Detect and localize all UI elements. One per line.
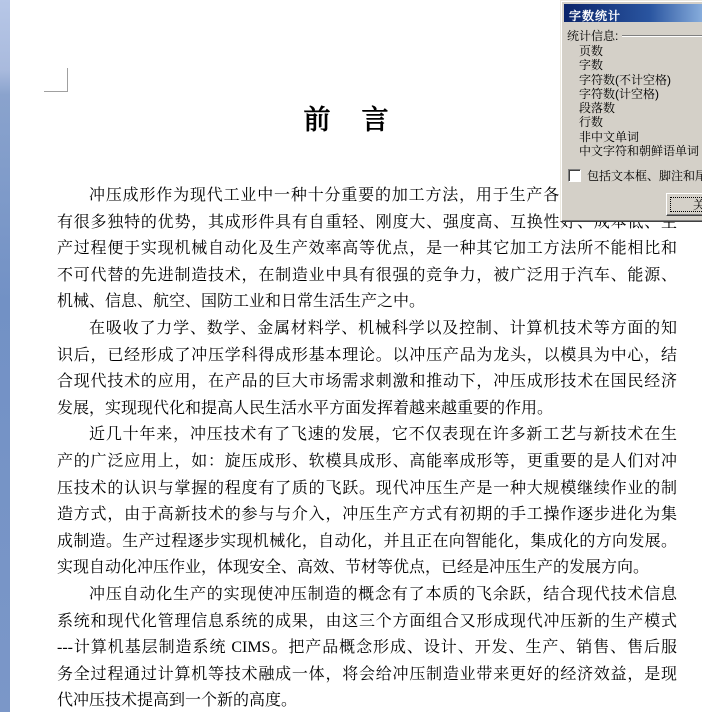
text-line: 系统和现代化管理信息系统的成果，由这三个方面组合又形成现代冲压新的生产模式: [57, 609, 677, 636]
document-body[interactable]: 冲压成形作为现代工业中一种十分重要的加工方法，用于生产各种板料零件，它 有很多独…: [57, 183, 677, 712]
checkbox-label: 包括文本框、脚注和尾注: [587, 167, 702, 184]
text-line: 在吸收了力学、数学、金属材料学、机械科学以及控制、计算机技术等方面的知: [57, 316, 677, 343]
text-line: 产过程便于实现机械自动化及生产效率高等优点，是一种其它加工方法所不能相比和: [57, 236, 677, 263]
stat-item-nonchinese-words: 非中文单词: [579, 130, 702, 144]
stat-item-chars-nospace: 字符数(不计空格): [579, 73, 702, 87]
text-line: ---计算机基层制造系统 CIMS。把产品概念形成、设计、开发、生产、销售、售后…: [57, 635, 677, 662]
include-textboxes-footnotes-checkbox[interactable]: [568, 169, 581, 182]
stat-item-chars-space: 字符数(计空格): [579, 87, 702, 101]
close-button[interactable]: 关闭: [666, 193, 702, 216]
close-button-label: 关闭: [693, 198, 702, 212]
group-divider: [622, 35, 702, 37]
stat-item-chinese-korean-words: 中文字符和朝鲜语单词: [579, 144, 702, 158]
text-line: 实现自动化冲压作业，体现安全、高效、节材等优点，已经是冲压生产的发展方向。: [57, 555, 677, 582]
text-line: 近几十年来，冲压技术有了飞速的发展，它不仅表现在许多新工艺与新技术在生: [57, 422, 677, 449]
stat-item-lines: 行数: [579, 115, 702, 129]
text-boundary-mark: [67, 68, 68, 92]
text-line: 冲压自动化生产的实现使冲压制造的概念有了本质的飞余跃，结合现代技术信息: [57, 582, 677, 609]
word-count-dialog: 字数统计 统计信息: 页数 字数 字符数(不计空格) 字符数(计空格) 段落数 …: [560, 0, 702, 222]
text-line: 成制造。生产过程逐步实现机械化，自动化，并且正在向智能化，集成化的方向发展。: [57, 529, 677, 556]
text-line: 务全过程通过计算机等技术融成一体，将会给冲压制造业带来更好的经济效益，是现: [57, 662, 677, 689]
stat-item-paragraphs: 段落数: [579, 101, 702, 115]
text-line: 发展，实现现代化和提高人民生活水平方面发挥着越来越重要的作用。: [57, 396, 677, 423]
text-line: 不可代替的先进制造技术，在制造业中具有很强的竞争力，被广泛用于汽车、能源、: [57, 263, 677, 290]
statistics-list: 页数 字数 字符数(不计空格) 字符数(计空格) 段落数 行数 非中文单词 中文…: [579, 44, 702, 158]
stat-item-pages: 页数: [579, 44, 702, 58]
dialog-titlebar[interactable]: 字数统计: [564, 4, 702, 22]
window-background-strip: [0, 0, 10, 712]
text-line: 造方式，由于高新技术的参与与介入，冲压生产方式有初期的手工操作逐步进化为集: [57, 502, 677, 529]
statistics-group-label: 统计信息:: [567, 27, 622, 44]
text-line: 识后，已经形成了冲压学科得成形基本理论。以冲压产品为龙头，以模具为中心，结: [57, 343, 677, 370]
text-line: 机械、信息、航空、国防工业和日常生活生产之中。: [57, 289, 677, 316]
text-boundary-mark: [44, 91, 68, 92]
statistics-group: 统计信息:: [567, 27, 702, 44]
text-line: 代冲压技术提高到一个新的高度。: [57, 688, 677, 712]
include-textboxes-footnotes-row[interactable]: 包括文本框、脚注和尾注: [568, 167, 702, 184]
text-line: 产的广泛应用上，如：旋压成形、软模具成形、高能率成形等，更重要的是人们对冲: [57, 449, 677, 476]
text-line: 合现代技术的应用，在产品的巨大市场需求刺激和推动下，冲压成形技术在国民经济: [57, 369, 677, 396]
dialog-title: 字数统计: [569, 9, 621, 23]
word-window: 前 言 冲压成形作为现代工业中一种十分重要的加工方法，用于生产各种板料零件，它 …: [0, 0, 702, 712]
text-line: 压技术的认识与掌握的程度有了质的飞跃。现代冲压生产是一种大规模继续作业的制: [57, 476, 677, 503]
stat-item-words: 字数: [579, 58, 702, 72]
